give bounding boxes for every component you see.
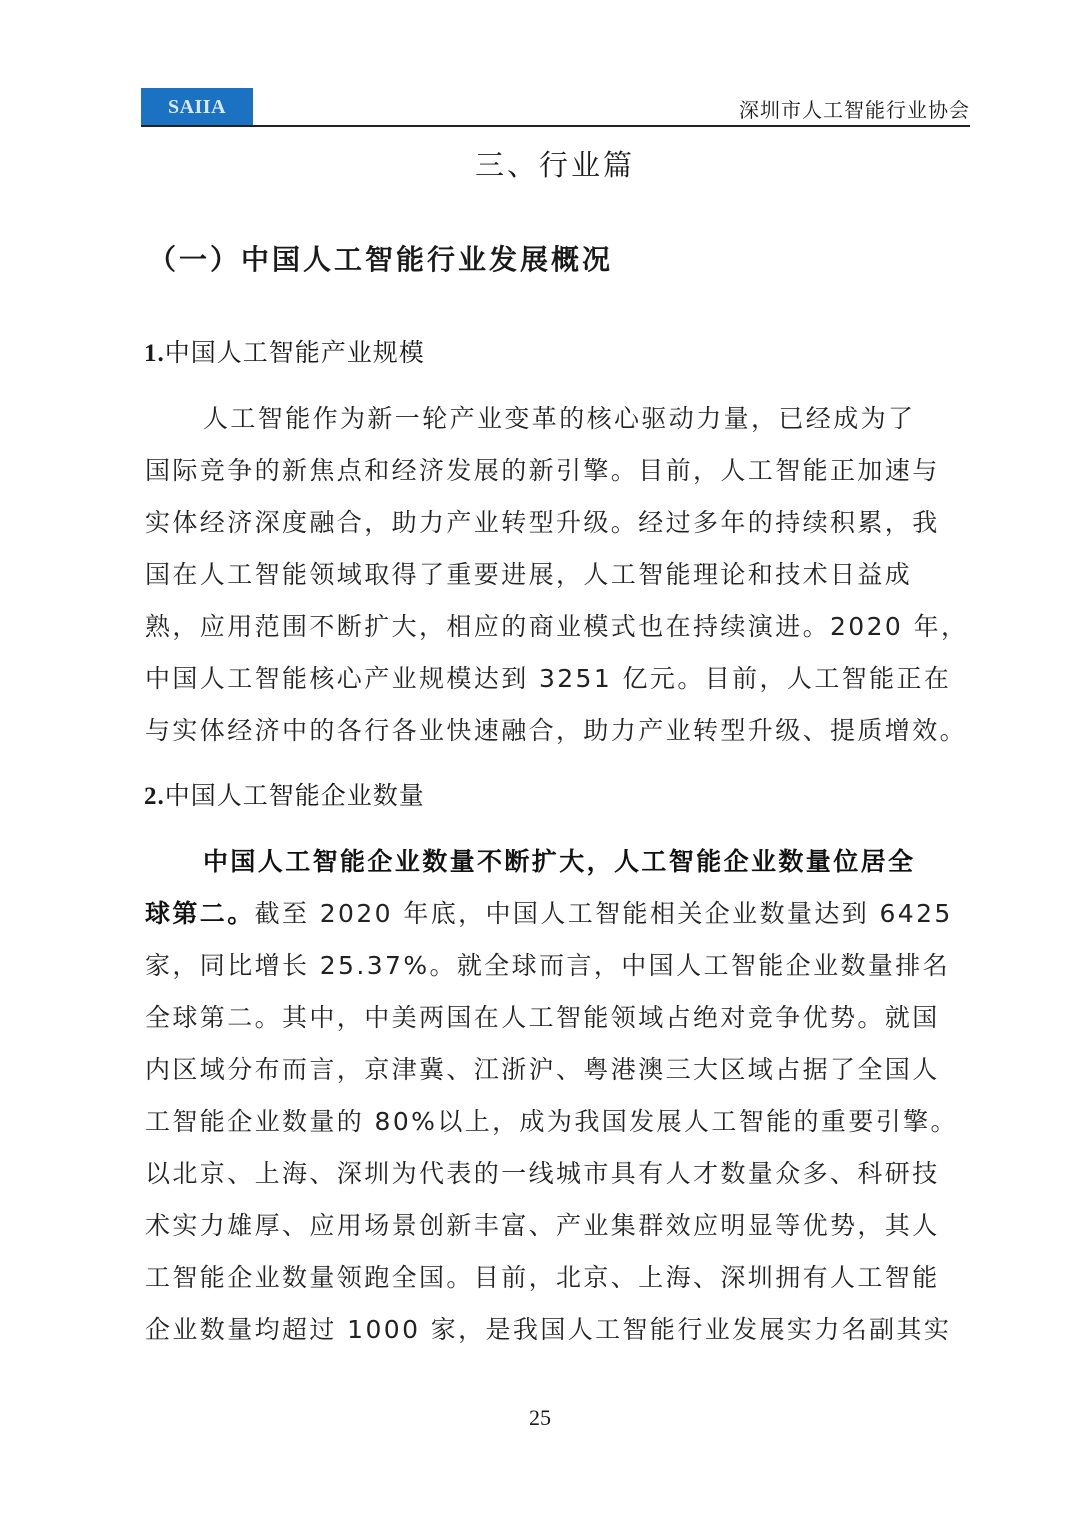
bold-lead-line: 中国人工智能企业数量不断扩大，人工智能企业数量位居全 <box>145 836 975 888</box>
text-line: 人工智能作为新一轮产业变革的核心驱动力量，已经成为了 <box>145 393 975 445</box>
subsection-title: 中国人工智能企业数量 <box>165 781 425 810</box>
header-rule <box>141 125 970 127</box>
text-line: 球第二。截至 2020 年底，中国人工智能相关企业数量达到 6425 <box>145 888 975 940</box>
text-rest: 截至 2020 年底，中国人工智能相关企业数量达到 6425 <box>255 899 953 928</box>
subsection-heading-2: 2.中国人工智能企业数量 <box>144 776 425 812</box>
page-number: 25 <box>0 1405 1080 1431</box>
text-line: 中国人工智能核心产业规模达到 3251 亿元。目前，人工智能正在 <box>145 653 975 705</box>
text-line: 全球第二。其中，中美两国在人工智能领域占绝对竞争优势。就国 <box>145 992 975 1044</box>
text-line: 工智能企业数量的 80%以上，成为我国发展人工智能的重要引擎。 <box>145 1096 975 1148</box>
section-title: （一）中国人工智能行业发展概况 <box>148 238 613 278</box>
text-line: 熟，应用范围不断扩大，相应的商业模式也在持续演进。2020 年， <box>145 601 975 653</box>
subsection-title: 中国人工智能产业规模 <box>165 338 425 367</box>
text-line: 内区域分布而言，京津冀、江浙沪、粤港澳三大区域占据了全国人 <box>145 1044 975 1096</box>
text-line: 工智能企业数量领跑全国。目前，北京、上海、深圳拥有人工智能 <box>145 1252 975 1304</box>
page-header: SAIIA 深圳市人工智能行业协会 <box>141 88 970 128</box>
text-line: 国在人工智能领域取得了重要进展，人工智能理论和技术日益成 <box>145 549 975 601</box>
bold-lead-end: 球第二。 <box>145 899 255 928</box>
subsection-number: 2. <box>144 783 165 810</box>
organization-name: 深圳市人工智能行业协会 <box>739 94 970 123</box>
chapter-title: 三、行业篇 <box>0 143 1080 184</box>
paragraph-industry-scale: 人工智能作为新一轮产业变革的核心驱动力量，已经成为了 国际竞争的新焦点和经济发展… <box>145 393 975 757</box>
subsection-number: 1. <box>144 340 165 367</box>
text-line: 国际竞争的新焦点和经济发展的新引擎。目前，人工智能正加速与 <box>145 445 975 497</box>
paragraph-enterprise-count: 中国人工智能企业数量不断扩大，人工智能企业数量位居全 球第二。截至 2020 年… <box>145 836 975 1356</box>
saiia-logo-badge: SAIIA <box>141 88 253 126</box>
text-line: 企业数量均超过 1000 家，是我国人工智能行业发展实力名副其实 <box>145 1304 975 1356</box>
text-line: 与实体经济中的各行各业快速融合，助力产业转型升级、提质增效。 <box>145 705 975 757</box>
text-line: 实体经济深度融合，助力产业转型升级。经过多年的持续积累，我 <box>145 497 975 549</box>
text-line: 术实力雄厚、应用场景创新丰富、产业集群效应明显等优势，其人 <box>145 1200 975 1252</box>
text-line: 以北京、上海、深圳为代表的一线城市具有人才数量众多、科研技 <box>145 1148 975 1200</box>
subsection-heading-1: 1.中国人工智能产业规模 <box>144 333 425 369</box>
text-line: 家，同比增长 25.37%。就全球而言，中国人工智能企业数量排名 <box>145 940 975 992</box>
